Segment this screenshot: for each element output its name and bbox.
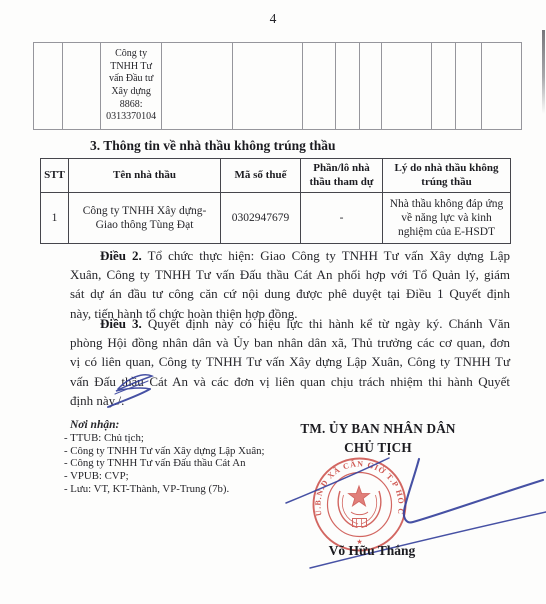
article-3-line: vị có liên quan, Công ty TNHH Tư vấn Xây… (70, 352, 510, 371)
table-cell (456, 43, 482, 129)
section-heading: 3. Thông tin về nhà thầu không trúng thầ… (90, 138, 335, 154)
article-3-text: Quyết định này có hiệu lực thi hành kể t… (142, 316, 510, 331)
cell-ma-so-thue: 0302947679 (221, 193, 301, 244)
article-3: Điều 3. Quyết định này có hiệu lực thi h… (70, 314, 510, 410)
table-cell (432, 43, 456, 129)
table-cell (63, 43, 101, 129)
cell-ten-nha-thau: Công ty TNHH Xây dựng-Giao thông Tùng Đạ… (69, 193, 221, 244)
article-2-line: sát dự án đầu tư công căn cứ nội dung đư… (70, 284, 510, 303)
article-3-line: phòng Hội đồng nhân dân và Ủy ban nhân d… (70, 333, 510, 352)
table-row: 1 Công ty TNHH Xây dựng-Giao thông Tùng … (41, 193, 511, 244)
recipient-item: - VPUB: CVP; (64, 470, 294, 483)
recipient-item: - Công ty TNHH Tư vấn Đấu thầu Cát An (64, 457, 294, 470)
article-3-line: định này./. (70, 391, 510, 410)
table-cell (162, 43, 233, 129)
table-cell (34, 43, 63, 129)
article-3-line: vấn Đấu thầu Cát An và các đơn vị liên q… (70, 372, 510, 391)
header-ly-do: Lý do nhà thầu không trúng thầu (383, 159, 511, 193)
table-cell (382, 43, 433, 129)
article-2-lead: Điều 2. (100, 248, 142, 263)
article-2-text: Tổ chức thực hiện: Giao Công ty TNHH Tư … (142, 248, 510, 263)
authority-line: TM. ỦY BAN NHÂN DÂN (293, 420, 463, 439)
recipients-title: Nơi nhận: (70, 419, 294, 431)
page-number: 4 (0, 11, 546, 27)
header-ma-so-thue: Mã số thuế (221, 159, 301, 193)
recipient-item: - Lưu: VT, KT-Thành, VP-Trung (7b). (64, 483, 294, 496)
cell-phan-lo: - (301, 193, 383, 244)
article-3-lead: Điều 3. (100, 316, 142, 331)
recipients-list: Nơi nhận: - TTUB: Chủ tịch; - Công ty TN… (64, 419, 294, 496)
scan-edge-line (542, 30, 545, 114)
cell-ly-do: Nhà thầu không đáp ứng về năng lực và ki… (383, 193, 511, 244)
contractor-name-cell: Công ty TNHH Tư vấn Đầu tư Xây dựng 8868… (106, 48, 156, 124)
recipient-item: - TTUB: Chủ tịch; (64, 432, 294, 445)
official-seal: U.B.N.D XÃ CẦN GIỜ T.P HỒ CHÍ MINH ★ (311, 456, 408, 553)
header-stt: STT (41, 159, 69, 193)
header-ten-nha-thau: Tên nhà thầu (69, 159, 221, 193)
table-cell (482, 43, 521, 129)
table-cell (303, 43, 336, 129)
scanned-document-page: 4 Công ty TNHH Tư vấn Đầu tư Xây dựng 88… (0, 0, 546, 604)
article-2: Điều 2. Tổ chức thực hiện: Giao Công ty … (70, 246, 510, 323)
table-cell (233, 43, 303, 129)
table-cell: Công ty TNHH Tư vấn Đầu tư Xây dựng 8868… (101, 43, 163, 129)
table-cell (336, 43, 360, 129)
signer-name: Võ Hữu Thắng (316, 543, 428, 559)
unsuccessful-bidders-table: STT Tên nhà thầu Mã số thuế Phần/lô nhà … (40, 158, 511, 244)
carryover-table: Công ty TNHH Tư vấn Đầu tư Xây dựng 8868… (33, 42, 522, 130)
header-phan-lo: Phần/lô nhà thầu tham dự (301, 159, 383, 193)
recipient-item: - Công ty TNHH Tư vấn Xây dựng Lập Xuân; (64, 445, 294, 458)
signer-title: CHỦ TỊCH (293, 439, 463, 458)
cell-stt: 1 (41, 193, 69, 244)
table-cell (360, 43, 382, 129)
article-2-line: Xuân, Công ty TNHH Tư vấn Đấu thầu Cát A… (70, 265, 510, 284)
table-header-row: STT Tên nhà thầu Mã số thuế Phần/lô nhà … (41, 159, 511, 193)
signing-block: TM. ỦY BAN NHÂN DÂN CHỦ TỊCH (293, 420, 463, 457)
emblem-star-icon (349, 486, 370, 506)
